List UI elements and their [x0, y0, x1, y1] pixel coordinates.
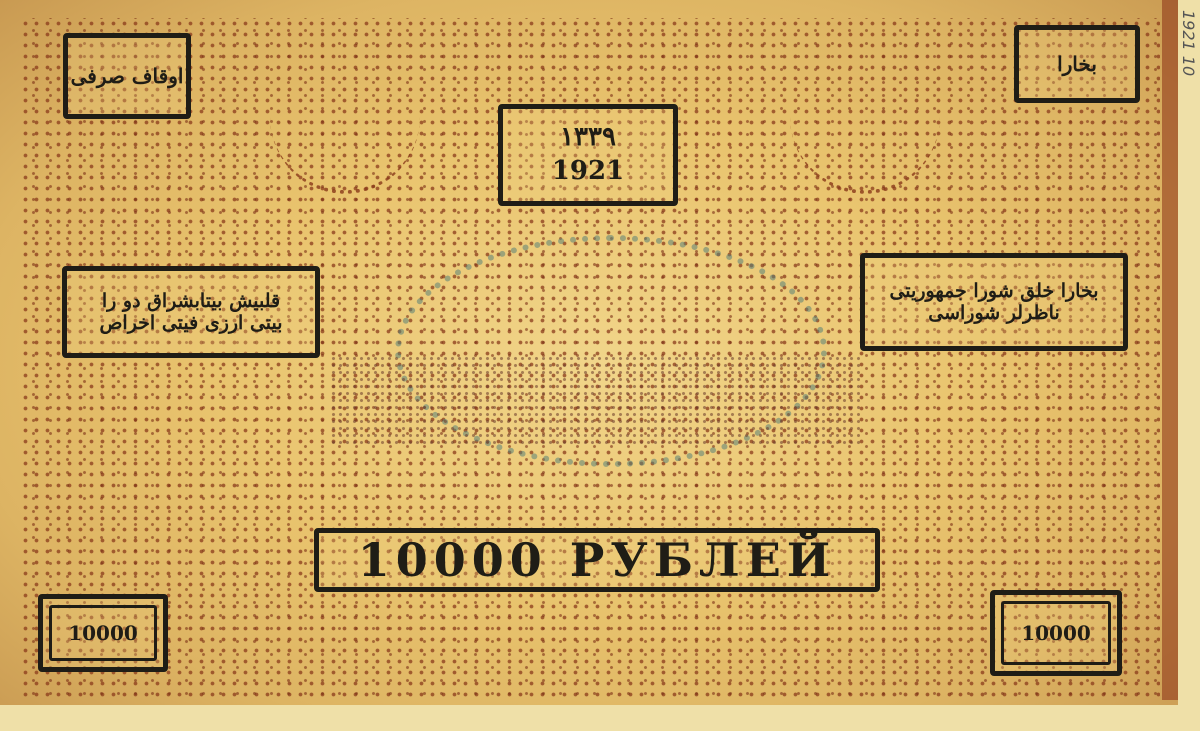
- date-cartouche: ١٣٣٩ 1921: [498, 104, 678, 206]
- right-inscription-line2: ناظرلر شوراسی: [928, 302, 1060, 324]
- denomination-text: 10000 РУБЛЕЙ: [358, 533, 836, 587]
- crescent-left-icon: [270, 40, 420, 194]
- bottom-left-value-seal: 10000: [38, 594, 168, 672]
- bottom-right-value: 10000: [1021, 621, 1091, 645]
- handwritten-note: 1921 10: [1179, 10, 1198, 76]
- left-inscription-box: قلبیش بیتابشراق دو را بیتی ارزی فیتی اخر…: [62, 266, 320, 358]
- right-inscription-box: بخارا خلق شورا جمهوریتی ناظرلر شوراسی: [860, 253, 1128, 351]
- banknote: 1921 10 اوقاف صرفی بخارا ١٣٣٩ 1921 قلبیش…: [0, 0, 1200, 731]
- bottom-margin: [0, 705, 1200, 731]
- left-inscription-line1: قلبیش بیتابشراق دو را: [102, 290, 280, 312]
- center-guilloche-panel: [330, 355, 860, 445]
- top-left-seal-text: اوقاف صرفی: [71, 64, 184, 88]
- crescent-right-icon: [790, 40, 940, 194]
- top-right-seal-text: بخارا: [1057, 52, 1097, 76]
- right-margin: [1178, 0, 1200, 731]
- right-inscription-line1: بخارا خلق شورا جمهوریتی: [889, 280, 1098, 302]
- bottom-right-value-seal: 10000: [990, 590, 1122, 676]
- right-border-stripe: [1162, 0, 1178, 700]
- denomination-box: 10000 РУБЛЕЙ: [314, 528, 880, 592]
- left-inscription-line2: بیتی ارزی فیتی اخراص: [99, 312, 282, 334]
- bottom-left-value: 10000: [68, 621, 138, 645]
- top-right-seal: بخارا: [1014, 25, 1140, 103]
- year-gregorian: 1921: [552, 155, 624, 189]
- year-hijri: ١٣٣٩: [560, 121, 616, 155]
- top-left-seal: اوقاف صرفی: [63, 33, 191, 119]
